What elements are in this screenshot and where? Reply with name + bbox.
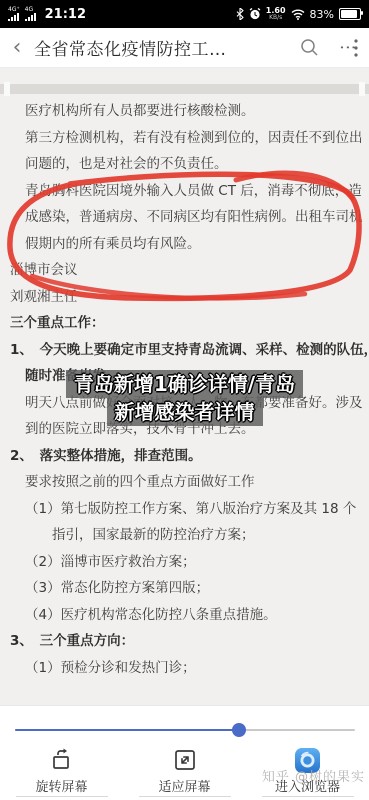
alarm-clock-icon (249, 5, 261, 24)
doc-line: 3、 三个重点方向： (0, 628, 369, 655)
tool-label: 旋转屏幕 (35, 776, 87, 795)
fit-screen-icon (172, 746, 198, 774)
search-button[interactable] (289, 38, 329, 57)
doc-line: （3）常态化防控方案第四版； (0, 575, 369, 602)
doc-line: 2、 落实整体措施，排查范围。 (0, 443, 369, 470)
status-time: 21:12 (45, 7, 86, 22)
doc-line: 假期内的所有乘员均有风险。 (0, 231, 369, 258)
doc-line: （2）淄博市医疗救治方案； (0, 549, 369, 576)
signal-icon-sim2: 4G (25, 7, 36, 21)
doc-line: 医疗机构所有人员都要进行核酸检测。 (0, 98, 369, 125)
progress-slider[interactable] (15, 729, 355, 731)
signal-bars-icon (8, 13, 19, 21)
doc-line: 1、 今天晚上要确定市里支持青岛流调、采样、检测的队伍， (0, 337, 369, 364)
doc-line: 第三方检测机构，若有没有检测到位的，因责任不到位出 (0, 125, 369, 152)
phone-screen: 4G⁺ 4G 21:12 1.60 KB/s 83% (0, 0, 369, 800)
doc-line: 三个重点工作： (0, 310, 369, 337)
battery-percent: 83% (310, 8, 334, 21)
bottom-divider-lines (0, 796, 369, 797)
rotate-screen-button[interactable]: 旋转屏幕 (7, 746, 117, 795)
slider-thumb[interactable] (232, 723, 246, 737)
doc-line: 青岛胸科医院因境外输入人员做 CT 后，消毒不彻底，造 (0, 178, 369, 205)
signal-bars-icon (25, 13, 36, 21)
menu-button[interactable]: ⋮ (329, 39, 369, 57)
rotate-screen-icon (49, 746, 75, 774)
doc-line: 刘观湘主任 (0, 284, 369, 311)
tool-label: 适应屏幕 (158, 776, 210, 795)
wifi-icon (291, 5, 305, 24)
doc-line: 成感染，普通病房、不同病区均有阳性病例。出租车司机 (0, 204, 369, 231)
zhihu-watermark: 知乎 @树的果实 (262, 766, 365, 785)
kebab-menu-icon (354, 39, 358, 57)
doc-line: 问题的，也是对社会的不负责任。 (0, 151, 369, 178)
doc-line: （1）预检分诊和发热门诊； (0, 655, 369, 682)
video-caption-overlay: 青岛新增1确诊详情/青岛 新增感染者详情 (0, 370, 369, 426)
bottom-toolbar-panel: 旋转屏幕 适应屏幕 进入浏览器 (0, 705, 369, 800)
slider-fill (15, 729, 239, 731)
signal-icon-sim1: 4G⁺ (8, 7, 20, 21)
page-separator (0, 84, 369, 94)
doc-line: 淄博市会议 (0, 257, 369, 284)
doc-line: 指引，国家最新的防控治疗方案； (0, 522, 369, 549)
fit-screen-button[interactable]: 适应屏幕 (130, 746, 240, 795)
battery-icon (339, 8, 361, 20)
search-icon (300, 38, 319, 57)
doc-line: 要求按照之前的四个重点方面做好工作 (0, 469, 369, 496)
bluetooth-icon (236, 5, 244, 24)
caption-line2: 新增感染者详情 (107, 398, 263, 426)
back-button[interactable]: ‹ (0, 28, 34, 68)
doc-line: （4）医疗机构常态化防控八条重点措施。 (0, 602, 369, 629)
status-bar: 4G⁺ 4G 21:12 1.60 KB/s 83% (0, 0, 369, 28)
page-title: 全省常态化疫情防控工… (34, 35, 289, 60)
caption-line1: 青岛新增1确诊详情/青岛 (66, 370, 303, 398)
doc-line: （1）第七版防控工作方案、第八版治疗方案及其 18 个 (0, 496, 369, 523)
title-bar: ‹ 全省常态化疫情防控工… ⋮ (0, 28, 369, 68)
kebab-menu-icon: ⋮ (341, 39, 354, 56)
network-speed: 1.60 KB/s (266, 7, 286, 21)
